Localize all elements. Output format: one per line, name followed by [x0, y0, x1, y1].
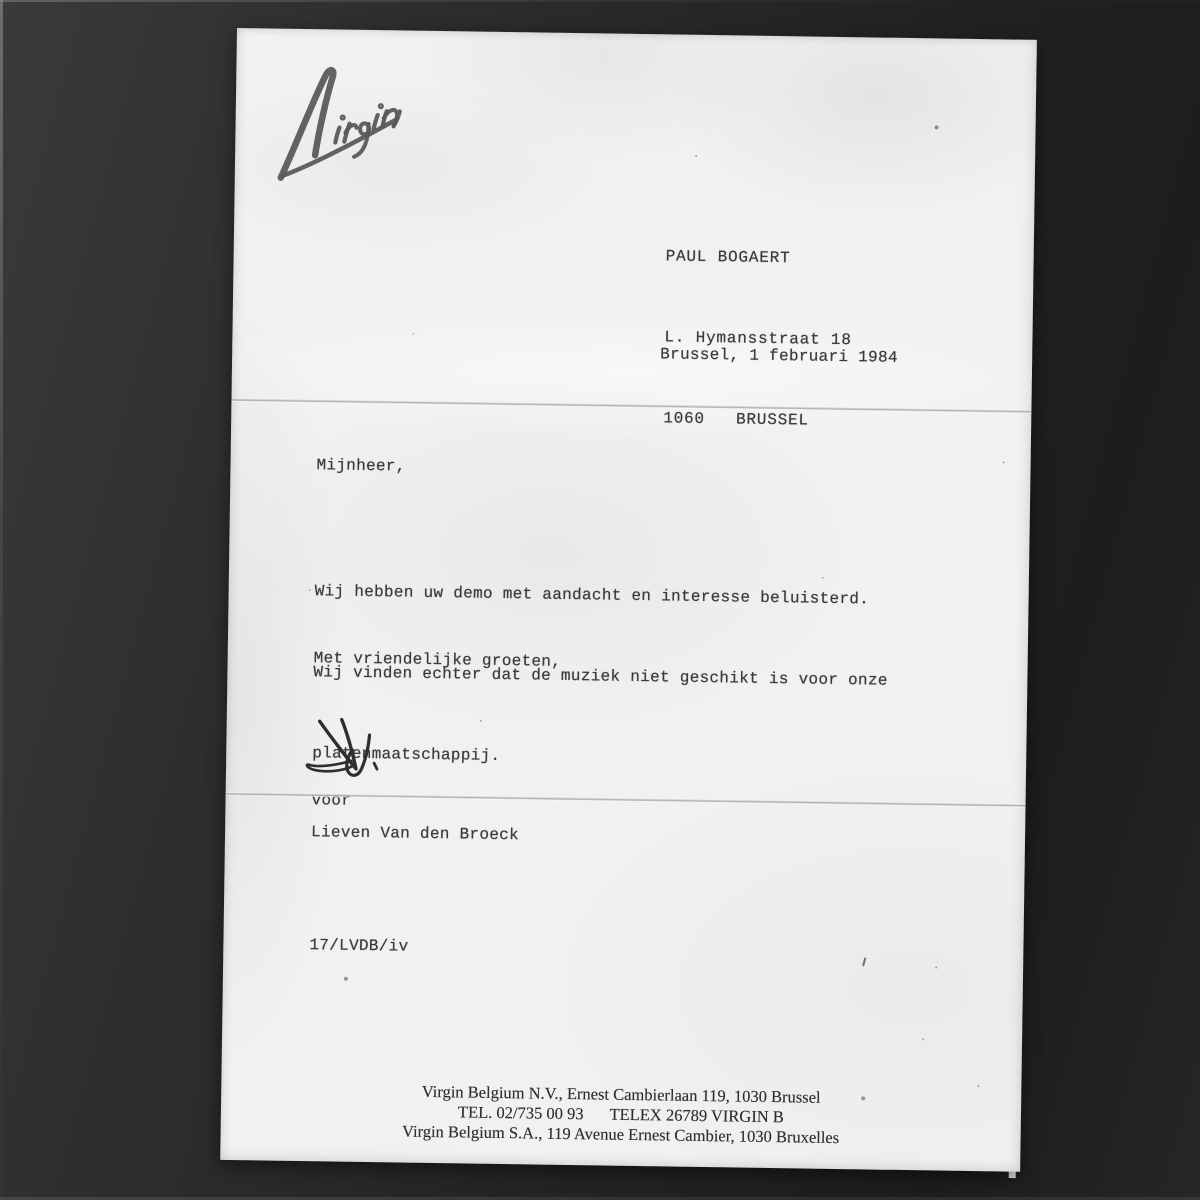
recipient-name: PAUL BOGAERT — [665, 243, 853, 273]
backdrop-edge-highlight-top — [0, 0, 1200, 2]
letter-page: PAUL BOGAERT L. Hymansstraat 18 1060 BRU… — [220, 28, 1037, 1172]
body-line: Wij hebben uw demo met aandacht en inter… — [314, 578, 889, 614]
virgin-logo — [258, 64, 410, 216]
photo-backdrop: PAUL BOGAERT L. Hymansstraat 18 1060 BRU… — [0, 0, 1200, 1200]
closing: Met vriendelijke groeten, — [313, 645, 561, 676]
dateline: Brussel, 1 februari 1984 — [660, 341, 898, 372]
letterhead-footer: Virgin Belgium N.V., Ernest Cambierlaan … — [221, 1079, 1022, 1151]
reference-number: 17/LVDB/iv — [309, 932, 408, 960]
signature-prefix: voor — [311, 787, 351, 815]
footer-telex: TELEX 26789 VIRGIN B — [609, 1105, 784, 1127]
signatory-name: Lieven Van den Broeck — [311, 819, 519, 849]
stray-pen-mark — [862, 957, 866, 966]
recipient-city: 1060 BRUSSEL — [663, 405, 851, 435]
footer-tel: TEL. 02/735 00 93 — [458, 1102, 584, 1123]
backdrop-edge-highlight-left — [0, 0, 3, 1200]
salutation: Mijnheer, — [316, 452, 406, 480]
recipient-address: PAUL BOGAERT L. Hymansstraat 18 1060 BRU… — [662, 189, 854, 489]
scan-noise-specks — [237, 28, 239, 30]
paper-fold-crease-upper — [231, 398, 1031, 414]
